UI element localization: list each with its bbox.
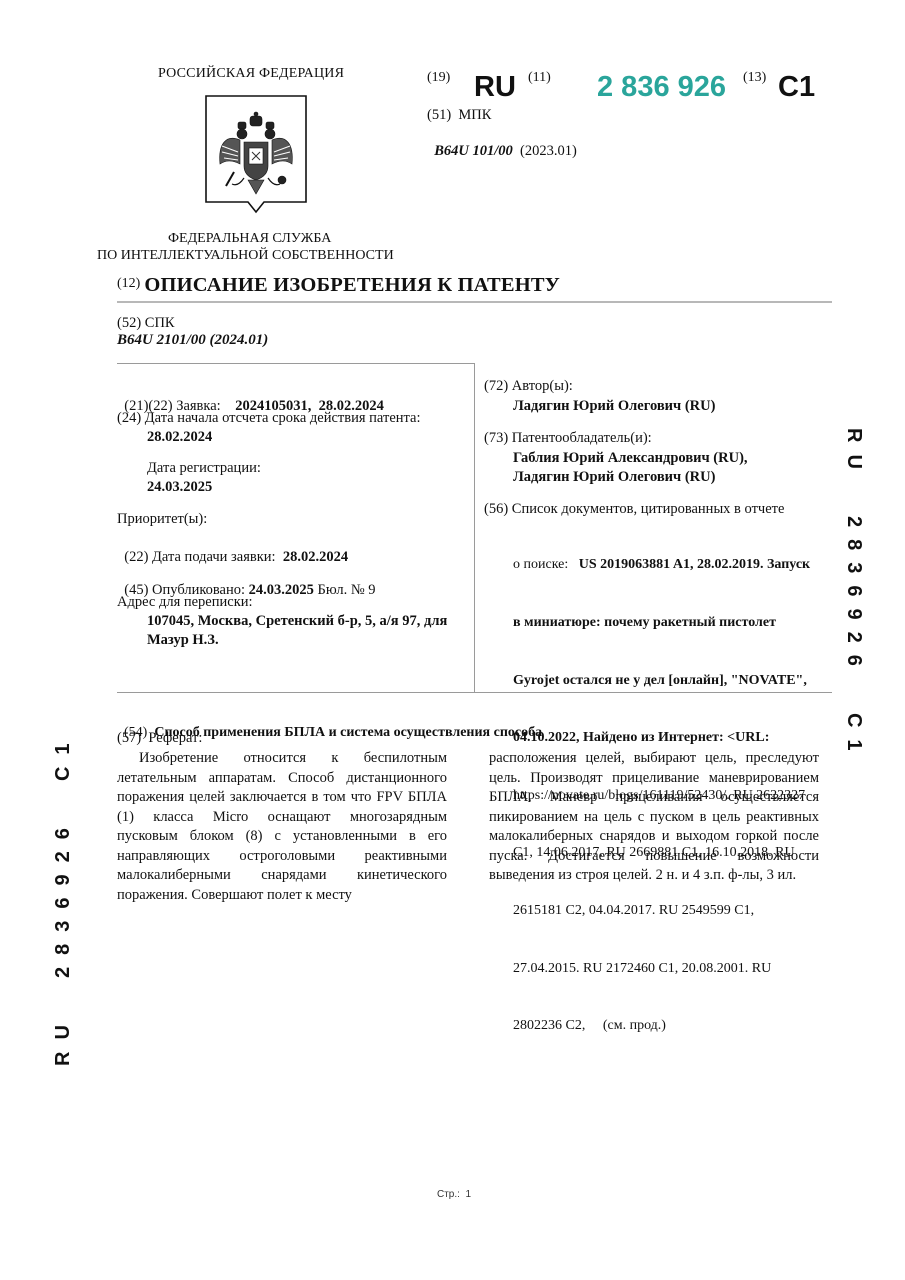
ipc-class: B64U 101/00 [434,143,513,159]
address-line1: 107045, Москва, Сретенский б-р, 5, а/я 9… [147,611,447,631]
address-line2: Мазур Н.З. [147,630,219,650]
citation-line: 2615181 C2, 04.04.2017. RU 2549599 C1, [513,901,810,920]
citation-line: Gyrojet остался не у дел [онлайн], "NOVA… [513,671,810,690]
registration-label: Дата регистрации: [147,458,261,478]
invention-title: Способ применения БПЛА и система осущест… [154,725,542,740]
agency-name-line2: ПО ИНТЕЛЛЕКТУАЛЬНОЙ СОБСТВЕННОСТИ [97,248,394,264]
citation-line: 27.04.2015. RU 2172460 C1, 20.08.2001. R… [513,959,810,978]
citation-line: в миниатюре: почему ракетный пистолет [513,613,810,632]
ipc-label: (51) МПК [427,107,491,124]
authors-label: (72) Автор(ы): [484,376,573,396]
document-title: (12) ОПИСАНИЕ ИЗОБРЕТЕНИЯ К ПАТЕНТУ [117,274,560,297]
owners-label: (73) Патентообладатель(и): [484,428,652,448]
bulletin-number: Бюл. № 9 [318,582,376,598]
left-margin-text: RU 2836926 C1 [52,731,75,1066]
inid-code-11: (11) [528,70,551,86]
biblio-column-divider [474,363,475,693]
document-title-text: ОПИСАНИЕ ИЗОБРЕТЕНИЯ К ПАТЕНТУ [144,274,560,296]
inid-code-19: (19) [427,70,450,86]
kind-code: C1 [778,70,815,104]
coat-of-arms-emblem [204,94,308,218]
citations-label: (56) Список документов, цитированных в о… [484,499,784,519]
cpc-label: (52) СПК [117,315,175,332]
cpc-value: B64U 2101/00 (2024.01) [117,332,268,349]
right-margin-text: RU 2836926 C1 [842,428,865,763]
agency-name-line1: ФЕДЕРАЛЬНАЯ СЛУЖБА [168,231,331,247]
published-value: 24.03.2025 [249,582,314,598]
term-start-label: (24) Дата начала отсчета срока действия … [117,408,421,428]
owner-name-2: Ладягин Юрий Олегович (RU) [513,467,715,487]
country-name: РОССИЙСКАЯ ФЕДЕРАЦИЯ [158,66,344,82]
ipc-version: (2023.01) [520,143,577,159]
page-number: Стр.: 1 [437,1189,471,1200]
priority-label: Приоритет(ы): [117,509,207,529]
inid-code-13: (13) [743,70,766,86]
biblio-top-divider [117,363,474,364]
title-divider [117,301,832,303]
registration-value: 24.03.2025 [147,477,212,497]
inid-code-12: (12) [117,276,140,291]
citation-line: 04.10.2022, Найдено из Интернет: <URL: [513,728,810,747]
double-headed-eagle-icon [204,94,308,218]
abstract-column-2: расположения целей, выбирают цель, пресл… [489,749,819,886]
address-label: Адрес для переписки: [117,592,253,612]
citation-line: 2802236 C2, (см. прод.) [513,1016,810,1035]
citation-line: о поиске: US 2019063881 A1, 28.02.2019. … [513,555,810,574]
patent-number: 2 836 926 [597,70,726,104]
author-name: Ладягин Юрий Олегович (RU) [513,396,715,416]
country-code: RU [474,70,516,104]
term-start-value: 28.02.2024 [147,427,212,447]
ipc-classification: B64U 101/00 (2023.01) [427,126,577,160]
citations-continued: (см. прод.) [603,1018,666,1033]
abstract-label: (57) Реферат: [117,730,202,747]
abstract-column-1: Изобретение относится к беспилотным лета… [117,749,447,905]
owner-name-1: Габлия Юрий Александрович (RU), [513,448,748,468]
